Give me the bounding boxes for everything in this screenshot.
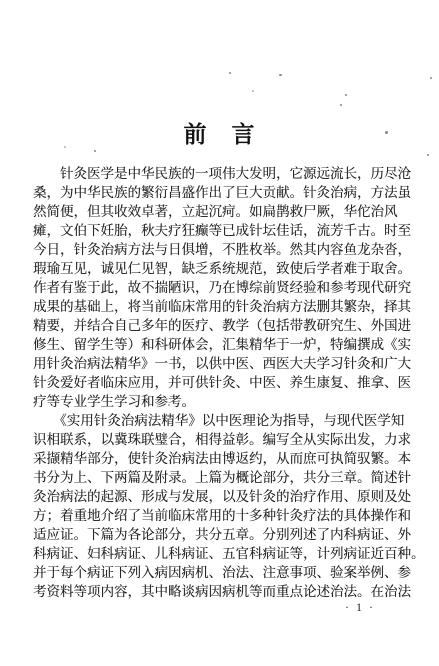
text-line: 用针灸治病法精华》一书，以供中医、西医大夫学习针灸和广大 <box>33 354 415 373</box>
scan-speck <box>430 77 432 79</box>
text-line: 桑，为中华民族的繁衍昌盛作出了巨大贡献。针灸治病，方法虽 <box>33 183 415 202</box>
text-line: 针灸医学是中华民族的一项伟大发明，它源远流长，历尽沧 <box>33 164 415 183</box>
text-line: 科病证、妇科病证、儿科病证、五官科病证等，计列病证近百种。 <box>33 544 415 563</box>
text-line: 识相联系，以冀珠联璧合，相得益彰。编写全从实际出发，力求 <box>33 430 415 449</box>
text-line: 方；着重地介绍了当前临床常用的十多种针灸疗法的具体操作和 <box>33 506 415 525</box>
text-line: 修生、留学生等）和科研体会，汇集精华于一炉，特编撰成《实 <box>33 335 415 354</box>
page-number: · 1 · <box>338 600 382 615</box>
text-line: 瘫，文伯下妊胎，秋夫疗狂癫等已成针坛佳话，流芳千古。时至 <box>33 221 415 240</box>
preface-body: 针灸医学是中华民族的一项伟大发明，它源远流长，历尽沧桑，为中华民族的繁衍昌盛作出… <box>33 164 415 601</box>
scan-speck <box>168 404 170 406</box>
scan-speck <box>252 90 254 92</box>
scan-speck <box>229 72 231 74</box>
scan-speck <box>279 74 282 76</box>
text-line: 今日，针灸治病方法与日俱增，不胜枚举。然其内容鱼龙杂沓， <box>33 240 415 259</box>
scan-speck <box>40 277 42 279</box>
text-line: 采撷精华部分，使针灸治病法由博返约，从而庶可执简驭繁。本 <box>33 449 415 468</box>
text-line: 成果的基础上，将当前临床常用的针灸治病方法删其繁杂，择其 <box>33 297 415 316</box>
text-line: 然简便，但其收效卓著，立起沉疴。如扁鹊救尸厥，华佗治风 <box>33 202 415 221</box>
text-line: 精要，并结合自己多年的医疗、教学（包括带教研究生、外国进 <box>33 316 415 335</box>
page-title: 前 言 <box>0 116 439 149</box>
scan-speck <box>427 154 429 156</box>
text-line: 针灸爱好者临床应用，并可供针灸、中医、养生康复、推拿、医 <box>33 373 415 392</box>
scan-speck <box>64 146 66 148</box>
scan-speck <box>385 131 388 134</box>
scan-speck <box>345 94 347 96</box>
text-line: 书分为上、下两篇及附录。上篇为概论部分，共分三章。简述针 <box>33 468 415 487</box>
scan-speck <box>340 104 342 106</box>
text-line: 适应证。下篇为各论部分，共分五章。分别列述了内科病证、外 <box>33 525 415 544</box>
text-line: 作者有鉴于此，故不揣陋识，乃在博综前贤经验和参考现代研究 <box>33 278 415 297</box>
text-line: 瑕瑜互见，诚见仁见智，缺乏系统规范，致使后学者难于取舍。 <box>33 259 415 278</box>
text-line: 并于每个病证下列入病因病机、治法、注意事项、验案举例、参 <box>33 563 415 582</box>
text-line: 《实用针灸治病法精华》以中医理论为指导，与现代医学知 <box>33 411 415 430</box>
text-line: 灸治病法的起源、形成与发展，以及针灸的治疗作用、原则及处 <box>33 487 415 506</box>
text-line: 疗等专业学生学习和参考。 <box>33 392 415 411</box>
book-page: 前 言 针灸医学是中华民族的一项伟大发明，它源远流长，历尽沧桑，为中华民族的繁衍… <box>0 0 439 666</box>
scan-speck <box>94 150 96 152</box>
text-line: 考资料等项内容，其中略谈病因病机等而重点论述治法。在治法 <box>33 582 415 601</box>
